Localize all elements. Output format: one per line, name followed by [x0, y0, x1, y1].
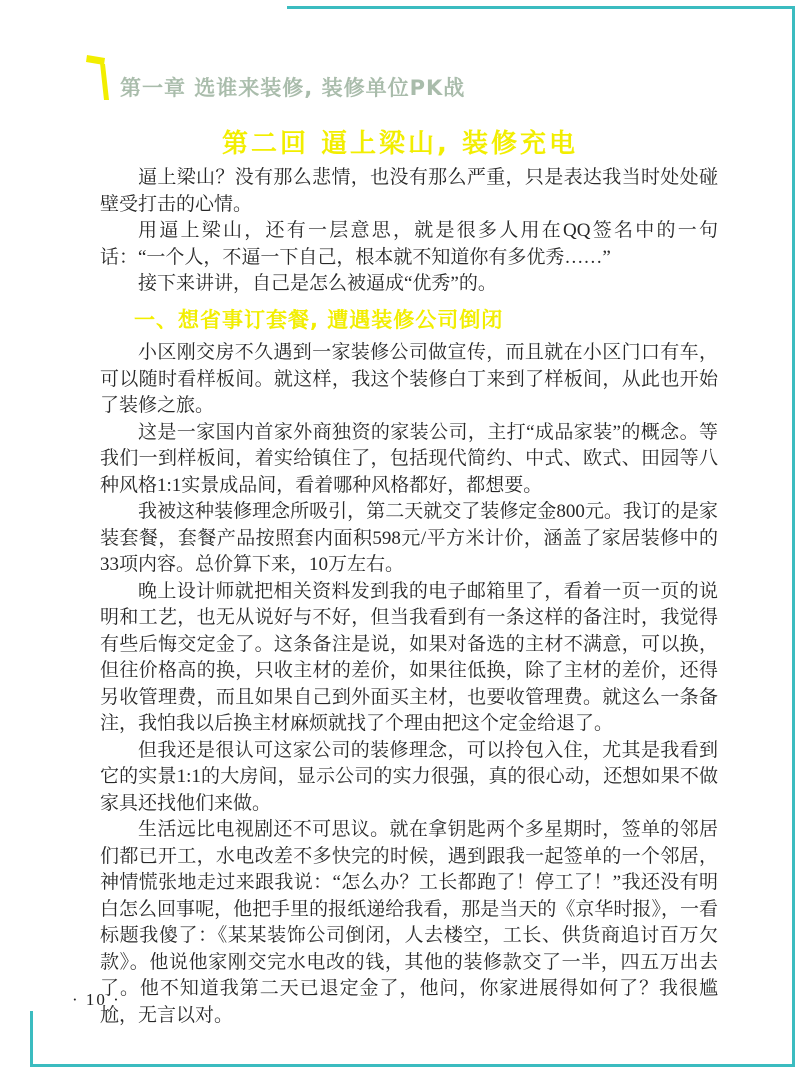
paragraph: 晚上设计师就把相关资料发到我的电子邮箱里了，看着一页一页的说明和工艺，也无从说好…: [100, 579, 718, 738]
book-page: 第一章 选谁来装修, 装修单位PK战 第二回 逼上梁山, 装修充电 逼上梁山？没…: [0, 0, 800, 1073]
paragraph: 逼上梁山？没有那么悲情，也没有那么严重，只是表达我当时处处碰壁受打击的心情。: [100, 165, 718, 218]
section-heading: 一、想省事订套餐, 遭遇装修公司倒闭: [134, 307, 718, 334]
page-number: · 10 ·: [72, 990, 121, 1010]
chapter-label: 第一章 选谁来装修, 装修单位PK战: [120, 72, 465, 102]
page-border-bottom: [30, 1064, 795, 1067]
page-title: 第二回 逼上梁山, 装修充电: [0, 123, 800, 160]
body-text: 逼上梁山？没有那么悲情，也没有那么严重，只是表达我当时处处碰壁受打击的心情。 用…: [100, 165, 718, 1029]
paragraph: 这是一家国内首家外商独资的家装公司，主打“成品家装”的概念。等我们一到样板间，着…: [100, 420, 718, 500]
paragraph: 用逼上梁山，还有一层意思，就是很多人用在QQ签名中的一句话：“一个人，不逼一下自…: [100, 218, 718, 271]
chapter-header: 第一章 选谁来装修, 装修单位PK战: [84, 52, 465, 102]
paragraph: 接下来讲讲，自己是怎么被逼成“优秀”的。: [100, 271, 718, 298]
page-border-left-stub: [30, 1011, 33, 1067]
paint-roller-icon: [84, 52, 112, 102]
page-border-top: [287, 6, 795, 9]
paragraph: 但我还是很认可这家公司的装修理念，可以拎包入住，尤其是我看到它的实景1:1的大房…: [100, 738, 718, 818]
page-border-right: [792, 6, 795, 1067]
paragraph: 小区刚交房不久遇到一家装修公司做宣传，而且就在小区门口有车， 可以随时看样板间。…: [100, 340, 718, 420]
paragraph: 我被这种装修理念所吸引，第二天就交了装修定金800元。我订的是家装套餐，套餐产品…: [100, 499, 718, 579]
paragraph: 生活远比电视剧还不可思议。就在拿钥匙两个多星期时，签单的邻居们都已开工，水电改差…: [100, 817, 718, 1029]
